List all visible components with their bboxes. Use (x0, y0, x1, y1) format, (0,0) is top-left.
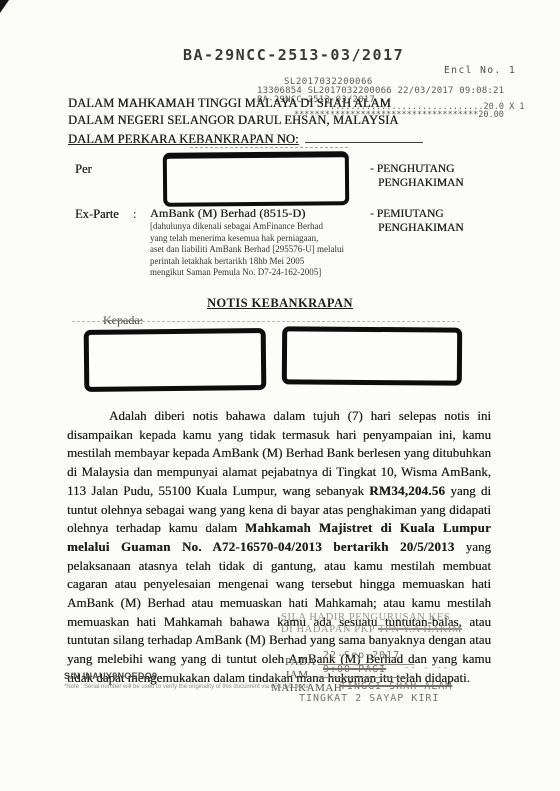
hearing-stamp-line2: DI HADAPAN PKP TPN Y.A HAKIM (281, 624, 462, 635)
judgment-creditor-line1: - PEMIUTANG (370, 207, 464, 221)
judgment-debtor-line2: PENGHAKIMAN (378, 176, 464, 190)
judgment-debtor-role: - PENGHUTANG PENGHAKIMAN (370, 162, 464, 190)
creditor-name: AmBank (M) Berhad (8515-D) (150, 206, 306, 221)
enclosure-number: Encl No. 1 (444, 65, 516, 76)
time-underline (318, 677, 414, 678)
per-label: Per (75, 162, 92, 177)
efiling-serial-number: S/N INAUY9NOEDQ9 (64, 671, 157, 681)
court-header-line1: DALAM MAHKAMAH TINGGI MALAYA DI SHAH ALA… (68, 96, 391, 111)
scan-artifact-dashes-top (190, 147, 348, 148)
hearing-stamp-line2b-struck: TPN Y.A HAKIM (378, 624, 462, 635)
redaction-box-address-right (282, 326, 462, 385)
serial-number-note: *Note : Serial number will be used to ve… (64, 684, 310, 690)
hearing-stamp-line1: SILA HADIR PENGURUSAN KES (281, 612, 450, 623)
case-number-blank-line (305, 130, 423, 143)
court-name-struck: TINGGI SHAH ALAM (340, 681, 452, 692)
scan-fold-mark (0, 0, 9, 13)
notice-title: NOTIS KEBANKRAPAN (0, 296, 560, 311)
hearing-time-struck: 9:00 PAGI (323, 664, 386, 675)
creditor-details: [dahulunya dikenali sebagai AmFinance Be… (150, 221, 375, 279)
jam-label: JAM (285, 669, 309, 681)
redaction-box-debtor-name (163, 151, 349, 207)
court-header-line3: DALAM PERKARA KEBANKRAPAN NO: (68, 130, 423, 147)
pada-label: PADA (285, 656, 316, 668)
redaction-box-address-left (84, 328, 267, 392)
notice-body-paragraph: Adalah diberi notis bahawa dalam tujuh (… (67, 407, 491, 688)
kepada-label: Kepada: (103, 313, 143, 328)
court-location: TINGKAT 2 SAYAP KIRI (299, 693, 439, 704)
claim-amount: RM34,204.56 (369, 483, 445, 498)
ex-parte-label: Ex-Parte (75, 207, 119, 222)
judgment-creditor-line2: PENGHAKIMAN (378, 221, 464, 235)
bankruptcy-case-label: DALAM PERKARA KEBANKRAPAN NO: (68, 132, 299, 146)
judgment-creditor-role: - PEMIUTANG PENGHAKIMAN (370, 207, 464, 235)
hearing-date: 22-Sep-2017 (323, 650, 400, 661)
ex-parte-colon: : (133, 207, 136, 222)
case-number: BA-29NCC-2513-03/2017 (183, 46, 404, 64)
court-header-line2: DALAM NEGERI SELANGOR DARUL EHSAN, MALAY… (68, 113, 398, 128)
scanned-document-page: BA-29NCC-2513-03/2017 Encl No. 1 SL20170… (0, 0, 560, 791)
scan-artifact-dashes-time: -- - -- (404, 663, 449, 673)
judgment-debtor-line1: - PENGHUTANG (370, 162, 464, 176)
hearing-stamp-line2a: DI HADAPAN PKP (281, 624, 378, 635)
